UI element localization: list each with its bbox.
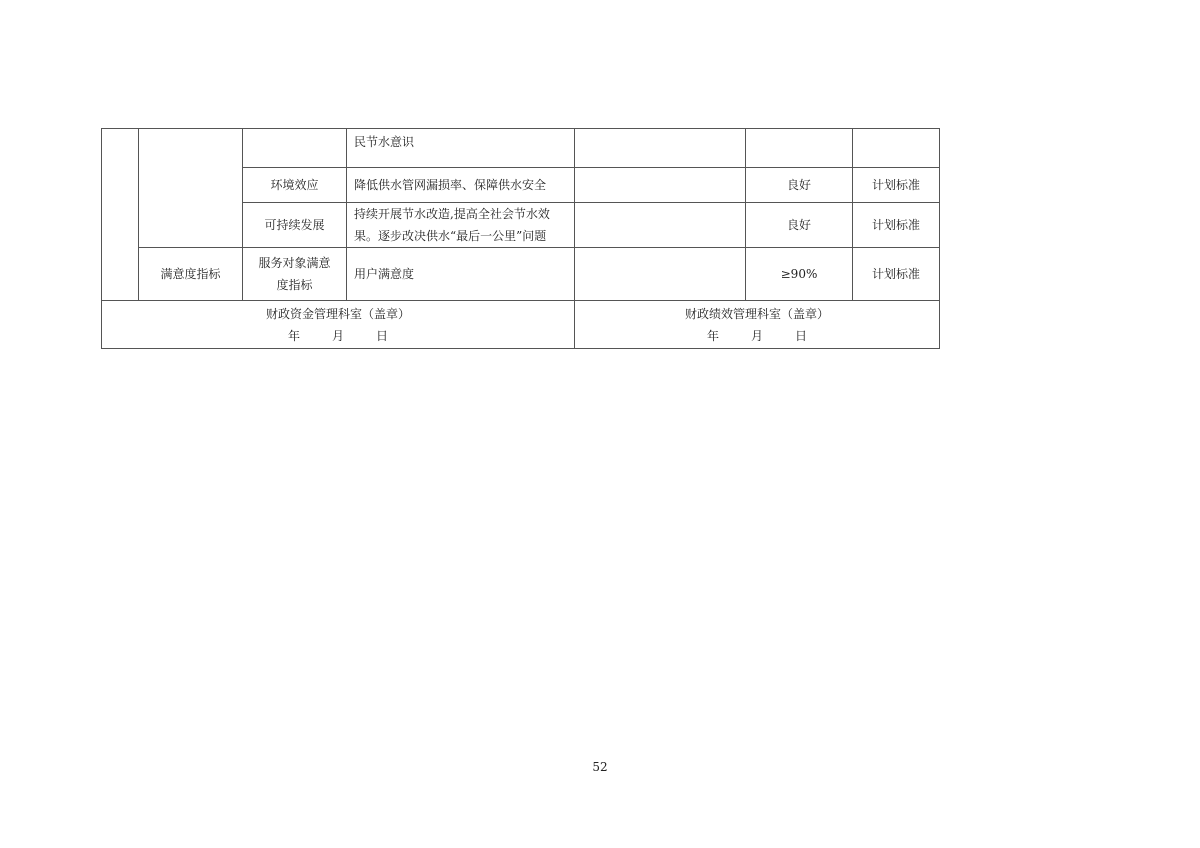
- content-cell: 用户满意度: [347, 248, 574, 300]
- date-month: 月: [733, 325, 781, 347]
- basis-cell: 计划标准: [853, 203, 939, 247]
- basis-value: 计划标准: [872, 263, 920, 285]
- indicator-content: 民节水意识: [354, 131, 414, 153]
- target-cell: 良好: [746, 203, 852, 247]
- footer-left-title: 财政资金管理科室（盖章）: [266, 303, 410, 325]
- basis-value: 计划标准: [872, 214, 920, 236]
- basis-value: 计划标准: [872, 174, 920, 196]
- content-cell: 持续开展节水改造,提高全社会节水效 果。逐步改决供水“最后一公里”问题: [347, 203, 574, 247]
- date-day: 日: [362, 325, 402, 347]
- footer-right-title: 财政绩效管理科室（盖章）: [685, 303, 829, 325]
- level2-indicator: 满意度指标: [160, 263, 220, 285]
- level3-indicator: 可持续发展: [264, 214, 324, 236]
- target-value: ≥90%: [781, 263, 818, 285]
- content-cell: 降低供水管网漏损率、保障供水安全: [347, 168, 574, 202]
- date-month: 月: [314, 325, 362, 347]
- level3-indicator-line-1: 服务对象满意: [258, 252, 330, 274]
- footer-left-date: 年 月 日: [274, 325, 402, 347]
- indicator-content: 用户满意度: [354, 263, 414, 285]
- level3-cell: 可持续发展: [243, 203, 346, 247]
- level3-indicator-line-2: 度指标: [258, 274, 330, 296]
- date-year: 年: [274, 325, 314, 347]
- footer-right-date: 年 月 日: [693, 325, 821, 347]
- footer-left-signature: 财政资金管理科室（盖章） 年 月 日: [102, 301, 574, 348]
- footer-right-signature: 财政绩效管理科室（盖章） 年 月 日: [575, 301, 939, 348]
- date-year: 年: [693, 325, 733, 347]
- basis-cell: 计划标准: [853, 168, 939, 202]
- level3-cell: 环境效应: [243, 168, 346, 202]
- level3-cell: 服务对象满意 度指标: [243, 248, 346, 300]
- date-day: 日: [781, 325, 821, 347]
- level2-cell: 满意度指标: [139, 248, 242, 300]
- content-cell: 民节水意识: [347, 129, 574, 167]
- target-cell: 良好: [746, 168, 852, 202]
- target-cell: ≥90%: [746, 248, 852, 300]
- indicator-content-line-2: 果。逐步改决供水“最后一公里”问题: [354, 225, 550, 247]
- table-border-bottom: [101, 348, 940, 349]
- indicator-content-line-1: 持续开展节水改造,提高全社会节水效: [354, 203, 550, 225]
- basis-cell: 计划标准: [853, 248, 939, 300]
- level3-indicator: 环境效应: [270, 174, 318, 196]
- target-value: 良好: [787, 174, 811, 196]
- target-value: 良好: [787, 214, 811, 236]
- indicator-content: 降低供水管网漏损率、保障供水安全: [354, 174, 546, 196]
- page-number: 52: [0, 760, 1200, 774]
- table-border-right: [939, 128, 940, 349]
